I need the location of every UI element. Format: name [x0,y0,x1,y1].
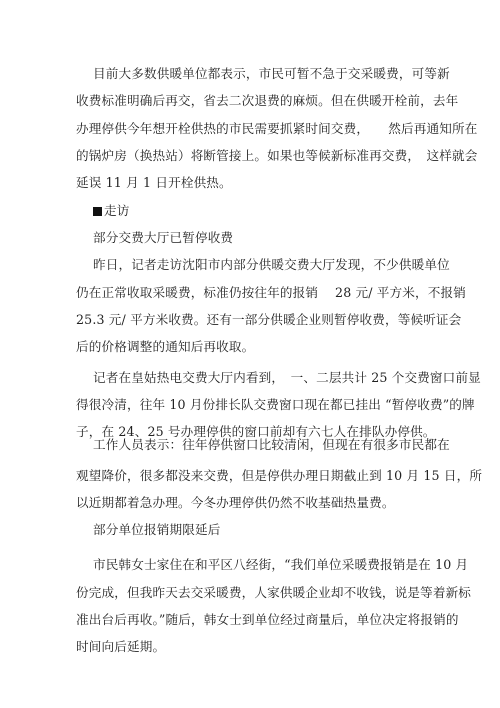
paragraph-5-line-1: 市民韩女士家住在和平区八经街，“我们单位采暖费报销是在 10 月 [93,557,423,573]
paragraph-5-line-3: 准出台后再收。”随后，韩女士到单位经过商量后，单位决定将报销的 [76,612,422,628]
square-bullet-icon [93,207,102,216]
paragraph-2-line-1: 昨日，记者走访沈阳市内部分供暖交费大厅发现，不少供暖单位 [93,257,423,273]
paragraph-5-line-2: 份完成，但我昨天去交采暖费，人家供暖企业却不收钱，说是等着新标 [76,585,422,601]
paragraph-5-line-4: 时间向后延期。 [76,639,422,655]
paragraph-1-line-3: 办理停供今年想开栓供热的市民需要抓紧时间交费， 然后再通知所在 [76,121,422,137]
paragraph-1-line-5: 延误 11 月 1 日开栓供热。 [76,175,422,191]
paragraph-2-line-4: 后的价格调整的通知后再收取。 [76,339,422,355]
paragraph-1-line-1: 目前大多数供暖单位都表示，市民可暂不急于交采暖费，可等新 [93,66,423,82]
paragraph-4-line-1: 工作人员表示：往年停供窗口比较清闲，但现在有很多市民都在 [93,437,423,453]
paragraph-3-line-1: 记者在皇姑热电交费大厅内看到， 一、二层共计 25 个交费窗口前显 [93,370,423,386]
paragraph-4-line-2: 观望降价，很多都没来交费，但是停供办理日期截止到 10 月 15 日，所 [76,468,422,484]
paragraph-1-line-2: 收费标准明确后再交，省去二次退费的麻烦。但在供暖开栓前，去年 [76,93,422,109]
section-heading-text: 走访 [104,203,130,218]
paragraph-3-line-2: 得很冷清，往年 10 月份排长队交费窗口现在都已挂出 “暂停收费”的牌 [76,397,422,413]
paragraph-2-line-2: 仍在正常收取采暖费，标准仍按往年的报销 28 元/ 平方米，不报销 [76,285,422,301]
subheading-halls-paused: 部分交费大厅已暂停收费 [93,230,423,246]
subheading-reimbursement-delayed: 部分单位报销期限延后 [93,522,423,538]
paragraph-4-line-3: 以近期都着急办理。今冬办理停供仍然不收基础热量费。 [76,495,422,511]
paragraph-2-line-3: 25.3 元/ 平方米收费。还有一部分供暖企业则暂停收费，等候听证会 [76,312,422,328]
section-heading-visit: 走访 [93,203,423,219]
document-page: 目前大多数供暖单位都表示，市民可暂不急于交采暖费，可等新 收费标准明确后再交，省… [0,0,500,708]
paragraph-1-line-4: 的锅炉房（换热站）将断管接上。如果也等候新标准再交费， 这样就会 [76,148,422,164]
